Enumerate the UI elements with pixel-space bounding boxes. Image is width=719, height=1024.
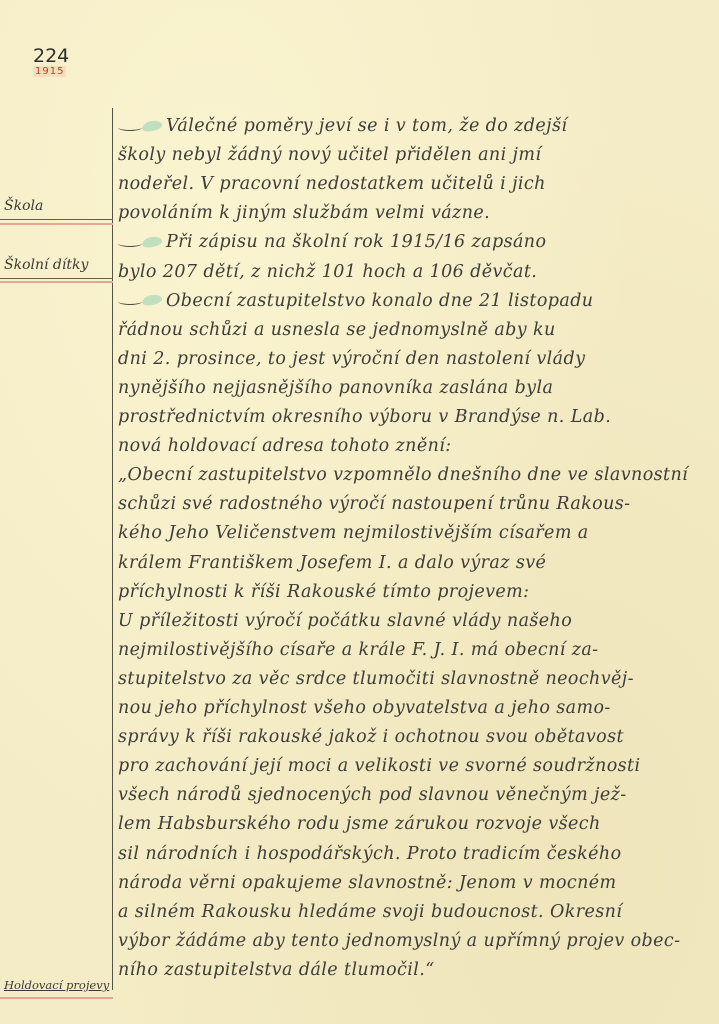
margin-rule-pink	[0, 223, 113, 225]
text-line: kého Jeho Veličenstvem nejmilostivějším …	[118, 523, 708, 543]
text-line-content: řádnou schůzi a usnesla se jednomyslně a…	[118, 320, 556, 340]
paragraph-flourish-icon	[118, 120, 166, 134]
text-line: lem Habsburského rodu jsme zárukou rozvo…	[118, 814, 708, 834]
paragraph-flourish-icon	[118, 236, 166, 250]
text-line: dni 2. prosince, to jest výroční den nas…	[118, 349, 708, 369]
text-line: Při zápisu na školní rok 1915/16 zapsáno	[118, 232, 708, 252]
text-line-content: národa věrni opakujeme slavnostně: Jenom…	[118, 873, 617, 893]
text-line-content: U příležitosti výročí počátku slavné vlá…	[118, 611, 572, 631]
text-line-content: správy k říši rakouské jakož i ochotnou …	[118, 727, 624, 747]
text-line-content: výbor žádáme aby tento jednomyslný a upř…	[118, 931, 680, 951]
text-line-content: školy nebyl žádný nový učitel přidělen a…	[118, 145, 541, 165]
margin-label-skola: Škola	[4, 198, 43, 214]
text-line-content: bylo 207 dětí, z nichž 101 hoch a 106 dě…	[118, 262, 537, 282]
text-line: schůzi své radostného výročí nastoupení …	[118, 494, 708, 514]
text-line-content: nodeřel. V pracovní nedostatkem učitelů …	[118, 174, 546, 194]
text-line-content: ního zastupitelstva dále tlumočil.“	[118, 960, 435, 980]
text-line-content: schůzi své radostného výročí nastoupení …	[118, 494, 630, 514]
margin-line	[112, 108, 113, 990]
paragraph-flourish-icon	[118, 294, 166, 308]
text-line: řádnou schůzi a usnesla se jednomyslně a…	[118, 320, 708, 340]
margin-rule	[0, 219, 113, 220]
text-line: sil národních i hospodářských. Proto tra…	[118, 844, 708, 864]
text-line: U příležitosti výročí počátku slavné vlá…	[118, 611, 708, 631]
text-line-content: nová holdovací adresa tohoto znění:	[118, 436, 452, 456]
text-line: nynějšího nejjasnějšího panovníka zaslán…	[118, 378, 708, 398]
text-line-content: prostřednictvím okresního výboru v Brand…	[118, 407, 611, 427]
text-line: školy nebyl žádný nový učitel přidělen a…	[118, 145, 708, 165]
text-line: výbor žádáme aby tento jednomyslný a upř…	[118, 931, 708, 951]
margin-label-holdovaci-projevy: Holdovací projevy	[4, 978, 109, 992]
text-line: Válečné poměry jeví se i v tom, že do zd…	[118, 116, 708, 136]
text-line-content: nynějšího nejjasnějšího panovníka zaslán…	[118, 378, 553, 398]
margin-label-skolni-ditky: Školní dítky	[4, 257, 88, 273]
text-line-content: králem Františkem Josefem I. a dalo výra…	[118, 553, 546, 573]
text-line-content: nou jeho příchylnost všeho obyvatelstva …	[118, 698, 611, 718]
margin-rule-pink	[0, 997, 113, 999]
text-line: bylo 207 dětí, z nichž 101 hoch a 106 dě…	[118, 262, 708, 282]
text-line: králem Františkem Josefem I. a dalo výra…	[118, 553, 708, 573]
text-line-content: Válečné poměry jeví se i v tom, že do zd…	[166, 116, 567, 136]
text-line-content: povoláním k jiným službám velmi vázne.	[118, 203, 490, 223]
text-line: nou jeho příchylnost všeho obyvatelstva …	[118, 698, 708, 718]
text-line: nodeřel. V pracovní nedostatkem učitelů …	[118, 174, 708, 194]
text-line-content: pro zachování její moci a velikosti ve s…	[118, 756, 640, 776]
text-line: nejmilostivějšího císaře a krále F. J. I…	[118, 640, 708, 660]
text-line: prostřednictvím okresního výboru v Brand…	[118, 407, 708, 427]
text-line-content: dni 2. prosince, to jest výroční den nas…	[118, 349, 585, 369]
year-stamp: 1915	[33, 66, 66, 77]
text-line: příchylnosti k říši Rakouské tímto proje…	[118, 582, 708, 602]
margin-rule	[0, 278, 113, 279]
text-line-content: kého Jeho Veličenstvem nejmilostivějším …	[118, 523, 589, 543]
margin-rule-pink	[0, 281, 113, 283]
text-line: Obecní zastupitelstvo konalo dne 21 list…	[118, 291, 708, 311]
text-line-content: stupitelstvo za věc srdce tlumočiti slav…	[118, 669, 634, 689]
text-line: povoláním k jiným službám velmi vázne.	[118, 203, 708, 223]
text-line-content: příchylnosti k říši Rakouské tímto proje…	[118, 582, 529, 602]
text-line: nová holdovací adresa tohoto znění:	[118, 436, 708, 456]
text-line: pro zachování její moci a velikosti ve s…	[118, 756, 708, 776]
text-line: všech národů sjednocených pod slavnou vě…	[118, 785, 708, 805]
text-line: ního zastupitelstva dále tlumočil.“	[118, 960, 708, 980]
text-line: stupitelstvo za věc srdce tlumočiti slav…	[118, 669, 708, 689]
text-line-content: lem Habsburského rodu jsme zárukou rozvo…	[118, 814, 601, 834]
text-line-content: „Obecní zastupitelstvo vzpomnělo dnešníh…	[118, 465, 688, 485]
page-number: 224	[33, 45, 69, 67]
text-line-content: a silném Rakousku hledáme svoji budoucno…	[118, 902, 622, 922]
text-line: národa věrni opakujeme slavnostně: Jenom…	[118, 873, 708, 893]
text-line-content: Při zápisu na školní rok 1915/16 zapsáno	[166, 232, 546, 252]
text-line-content: všech národů sjednocených pod slavnou vě…	[118, 785, 627, 805]
text-line-content: nejmilostivějšího císaře a krále F. J. I…	[118, 640, 598, 660]
text-line-content: Obecní zastupitelstvo konalo dne 21 list…	[166, 291, 593, 311]
text-line-content: sil národních i hospodářských. Proto tra…	[118, 844, 622, 864]
text-line: „Obecní zastupitelstvo vzpomnělo dnešníh…	[118, 465, 708, 485]
text-line: správy k říši rakouské jakož i ochotnou …	[118, 727, 708, 747]
text-line: a silném Rakousku hledáme svoji budoucno…	[118, 902, 708, 922]
